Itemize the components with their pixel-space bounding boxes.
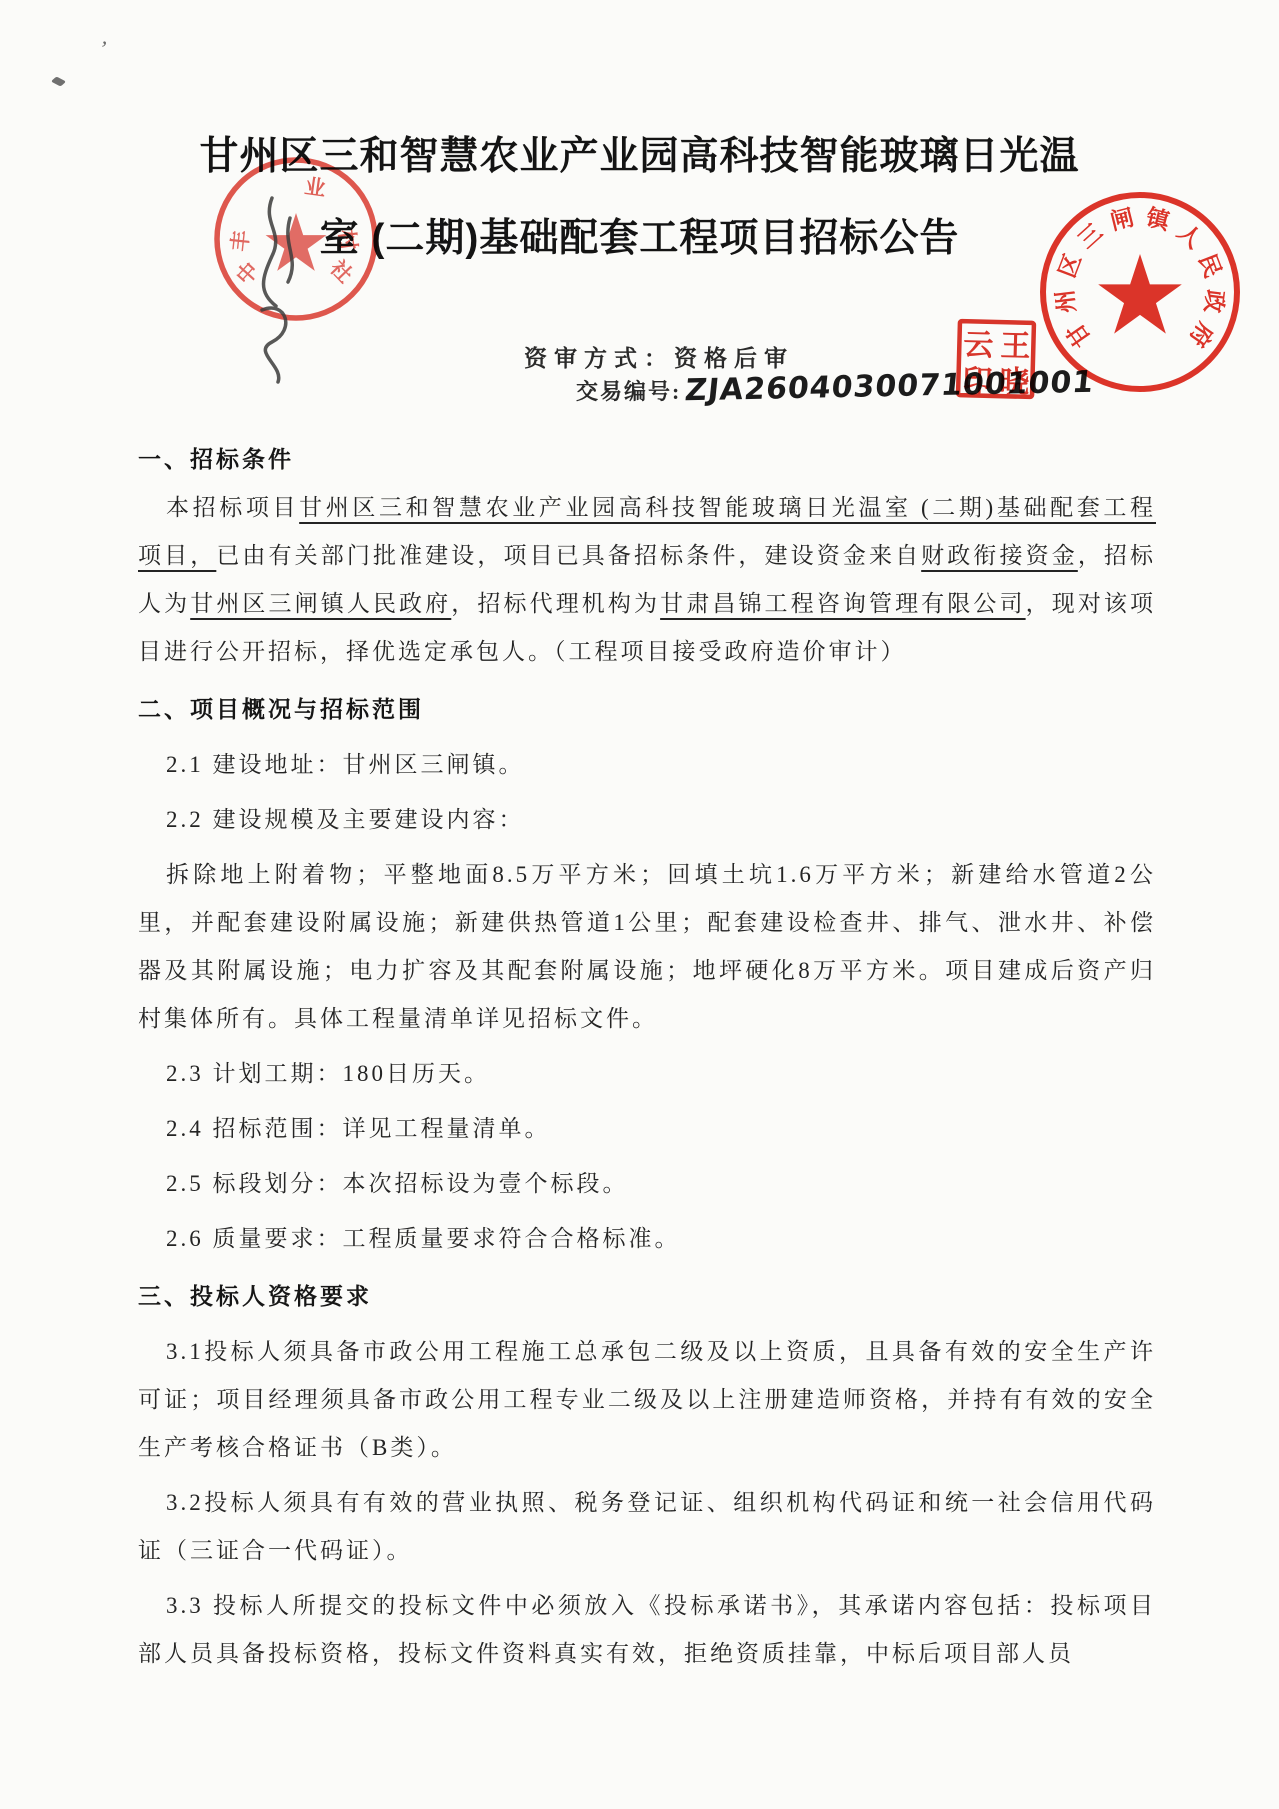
government-seal-char: 政: [1200, 288, 1229, 314]
item-2-5: 2.5 标段划分：本次招标设为壹个标段。: [138, 1160, 1156, 1208]
item-2-2: 2.2 建设规模及主要建设内容：: [138, 796, 1156, 844]
government-seal-char: 甘: [1061, 318, 1095, 352]
section-1-heading: 一、招标条件: [138, 436, 1156, 484]
scan-artifact-quote: ’: [98, 36, 109, 63]
review-method-line: 资审方式：资格后审: [524, 340, 794, 373]
title-line-1: 甘州区三和智慧农业产业园高科技智能玻璃日光温: [0, 116, 1279, 198]
section-3-heading: 三、投标人资格要求: [138, 1273, 1156, 1321]
government-seal-char: 州: [1051, 288, 1080, 314]
section-1-paragraph: 本招标项目甘州区三和智慧农业产业园高科技智能玻璃日光温室 (二期)基础配套工程项…: [138, 484, 1156, 676]
document-body: 一、招标条件 本招标项目甘州区三和智慧农业产业园高科技智能玻璃日光温室 (二期)…: [138, 436, 1156, 1678]
text-segment: ，招标代理机构为: [451, 591, 660, 616]
text-segment: 本招标项目: [166, 495, 299, 520]
government-seal-char: 府: [1184, 318, 1218, 352]
item-2-3: 2.3 计划工期：180日历天。: [138, 1050, 1156, 1098]
underlined-agency: 甘肃昌锦工程咨询管理有限公司: [660, 591, 1025, 616]
text-segment: 已由有关部门批准建设，项目已具备招标条件，建设资金来自: [216, 543, 921, 568]
item-2-1: 2.1 建设地址：甘州区三闸镇。: [138, 741, 1156, 789]
scope-paragraph: 拆除地上附着物；平整地面8.5万平方米；回填土坑1.6万平方米；新建给水管道2公…: [138, 851, 1156, 1043]
item-3-1: 3.1投标人须具备市政公用工程施工总承包二级及以上资质，且具备有效的安全生产许可…: [138, 1328, 1156, 1472]
underlined-funding-source: 财政衔接资金: [921, 543, 1078, 568]
transaction-number-line: 交易编号:ZJA2604030071001001: [576, 372, 1090, 407]
title-line-2: 室 (二期)基础配套工程项目招标公告: [0, 198, 1279, 280]
underlined-tenderer: 甘州区三闸镇人民政府: [190, 591, 451, 616]
item-3-3: 3.3 投标人所提交的投标文件中必须放入《投标承诺书》，其承诺内容包括：投标项目…: [138, 1582, 1156, 1678]
transaction-number-handwritten: ZJA2604030071001001: [684, 365, 1097, 409]
transaction-number-label: 交易编号:: [576, 379, 681, 404]
scan-artifact-speck: [51, 76, 66, 86]
item-3-2: 3.2投标人须具有有效的营业执照、税务登记证、组织机构代码证和统一社会信用代码证…: [138, 1479, 1156, 1575]
section-2-heading: 二、项目概况与招标范围: [138, 686, 1156, 734]
name-seal-char: 王: [1000, 330, 1031, 364]
scanned-document-page: ’ 甘州区三和智慧农业产业园高科技智能玻璃日光温 室 (二期)基础配套工程项目招…: [0, 0, 1279, 1809]
name-seal-char: 云: [963, 329, 994, 363]
document-title: 甘州区三和智慧农业产业园高科技智能玻璃日光温 室 (二期)基础配套工程项目招标公…: [0, 116, 1279, 280]
item-2-6: 2.6 质量要求：工程质量要求符合合格标准。: [138, 1215, 1156, 1263]
item-2-4: 2.4 招标范围：详见工程量清单。: [138, 1105, 1156, 1153]
